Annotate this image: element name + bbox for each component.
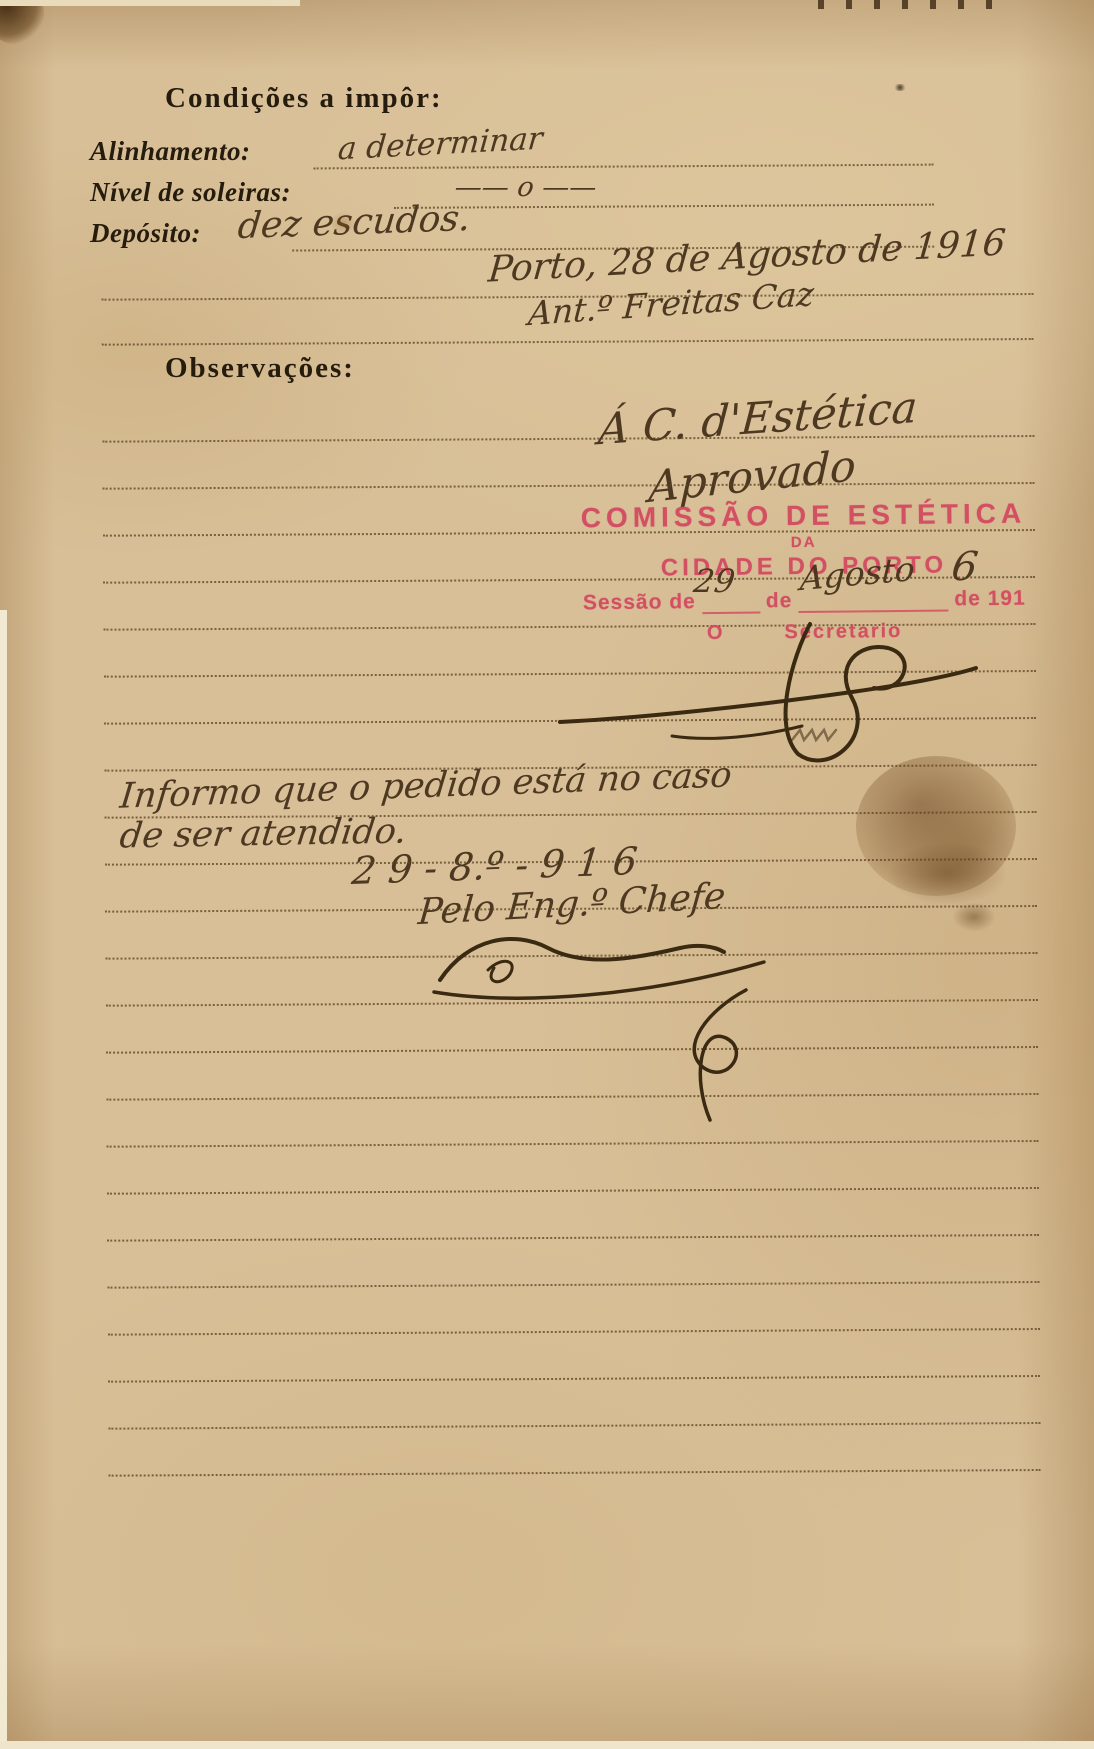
dotted-rule-line xyxy=(109,1469,1041,1477)
dotted-rule-line xyxy=(314,164,934,170)
photo-edge-left xyxy=(0,610,7,1749)
dotted-rule-line xyxy=(108,1422,1040,1430)
dotted-rule-line xyxy=(108,1375,1040,1383)
dotted-rule-line xyxy=(102,435,1034,443)
dotted-rule-line xyxy=(108,1328,1040,1336)
dotted-rule-line xyxy=(107,1140,1039,1148)
dotted-rule-line xyxy=(103,482,1035,490)
stamp-session-de: de xyxy=(766,589,793,613)
dotted-rule-line xyxy=(292,246,934,252)
stamp-year-digit-handwritten: 6 xyxy=(952,544,977,590)
ink-smudge-mark xyxy=(790,722,850,748)
photo-edge-top xyxy=(0,0,300,6)
ink-stain-small xyxy=(952,902,996,932)
stamp-session-year: de 191 xyxy=(954,587,1026,612)
photo-edge-bottom xyxy=(0,1741,1094,1749)
dotted-rule-line xyxy=(107,1187,1039,1195)
stamp-session-label: Sessão de xyxy=(583,590,696,615)
dotted-rule-line xyxy=(102,338,1034,346)
top-specks xyxy=(818,0,998,9)
dotted-rule-line xyxy=(101,293,1033,301)
document-page: Condições a impôr: Alinhamento: Nível de… xyxy=(0,0,1094,1749)
dotted-rule-line xyxy=(108,1281,1040,1289)
ink-stain-medium xyxy=(888,842,1008,906)
dotted-rule-line xyxy=(106,1093,1038,1101)
small-speck xyxy=(893,84,907,91)
secretary-signature xyxy=(552,618,982,778)
stamp-org-line1: COMISSÃO DE ESTÉTICA xyxy=(562,497,1044,534)
dotted-rule-line xyxy=(106,1046,1038,1054)
dotted-rule-line xyxy=(107,1234,1039,1242)
stamp-day-handwritten: 29 xyxy=(694,562,735,600)
dotted-rule-line xyxy=(394,204,934,209)
fox-spot xyxy=(330,212,356,234)
rubric-mark xyxy=(642,986,772,1126)
dotted-rule-line xyxy=(105,905,1037,913)
